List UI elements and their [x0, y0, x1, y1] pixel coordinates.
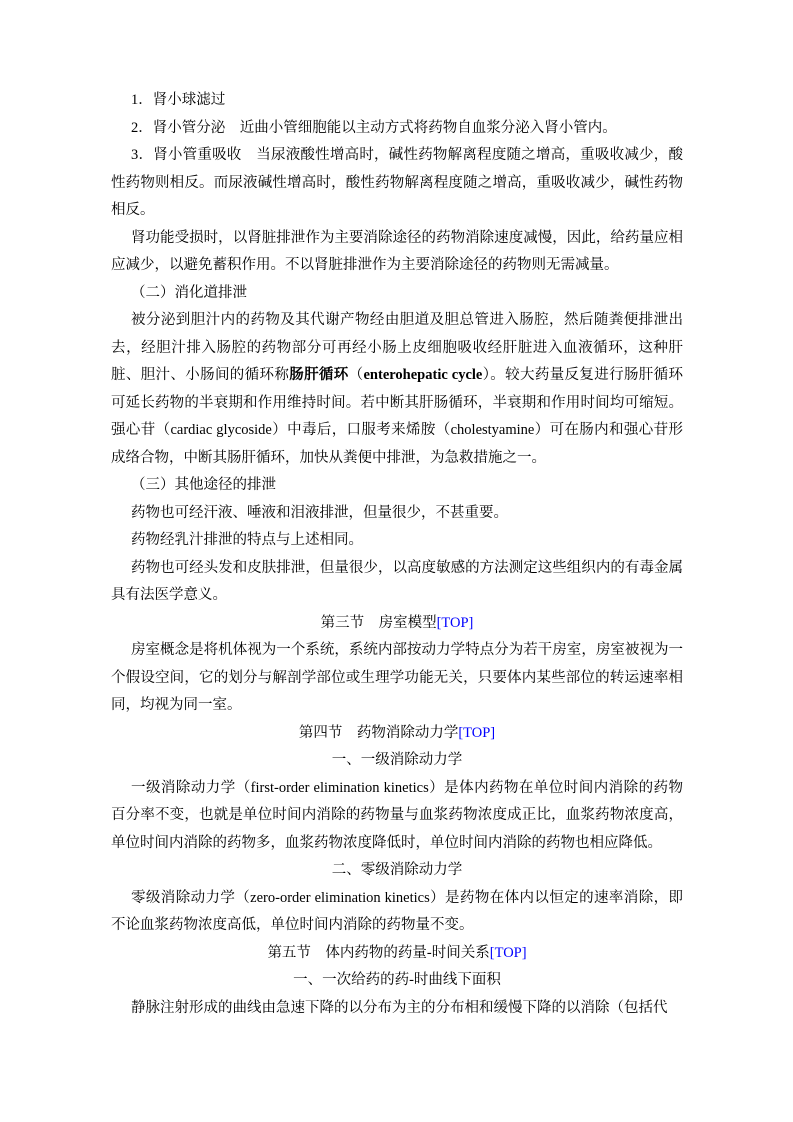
sub-heading: 一、一次给药的药-时曲线下面积: [111, 967, 683, 995]
paragraph: 药物也可经汗液、唾液和泪液排泄，但量很少，不甚重要。: [111, 500, 683, 528]
text-run: 药物经乳汁排泄的特点与上述相同。: [131, 532, 363, 548]
text-run: 2．肾小管分泌 近曲小管细胞能以主动方式将药物自血浆分泌入肾小管内。: [131, 120, 617, 136]
paragraph: 房室概念是将机体视为一个系统，系统内部按动力学特点分为若干房室，房室被视为一个假…: [111, 637, 683, 720]
text-run: （二）消化道排泄: [131, 285, 247, 301]
paragraph: （三）其他途径的排泄: [111, 472, 683, 500]
paragraph: 零级消除动力学（zero-order elimination kinetics）…: [111, 885, 683, 940]
section-heading-title: 第四节 药物消除动力学: [299, 725, 459, 741]
paragraph: 药物经乳汁排泄的特点与上述相同。: [111, 527, 683, 555]
text-run: 一、一次给药的药-时曲线下面积: [293, 972, 501, 988]
section-heading: 第三节 房室模型[TOP]: [111, 610, 683, 638]
paragraph: 一级消除动力学（first-order elimination kinetics…: [111, 775, 683, 858]
text-run: 一级消除动力学（first-order elimination kinetics…: [111, 780, 683, 851]
text-run: 3．肾小管重吸收 当尿液酸性增高时，碱性药物解离程度随之增高，重吸收减少，酸性药…: [111, 147, 683, 218]
section-heading-title: 第三节 房室模型: [321, 615, 437, 631]
text-run: （: [349, 367, 364, 383]
paragraph: 肾功能受损时，以肾脏排泄作为主要消除途径的药物消除速度减慢，因此，给药量应相应减…: [111, 225, 683, 280]
document-content: 1．肾小球滤过2．肾小管分泌 近曲小管细胞能以主动方式将药物自血浆分泌入肾小管内…: [111, 87, 683, 1022]
paragraph: 被分泌到胆汁内的药物及其代谢产物经由胆道及胆总管进入肠腔，然后随粪便排泄出去，经…: [111, 307, 683, 472]
text-run: 肾功能受损时，以肾脏排泄作为主要消除途径的药物消除速度减慢，因此，给药量应相应减…: [111, 230, 683, 274]
section-heading: 第四节 药物消除动力学[TOP]: [111, 720, 683, 748]
text-run: 房室概念是将机体视为一个系统，系统内部按动力学特点分为若干房室，房室被视为一个假…: [111, 642, 683, 713]
section-heading-title: 第五节 体内药物的药量-时间关系: [267, 945, 489, 961]
numbered-item: 2．肾小管分泌 近曲小管细胞能以主动方式将药物自血浆分泌入肾小管内。: [111, 115, 683, 143]
text-run: 药物也可经汗液、唾液和泪液排泄，但量很少，不甚重要。: [131, 505, 508, 521]
section-heading: 第五节 体内药物的药量-时间关系[TOP]: [111, 940, 683, 968]
top-link[interactable]: [TOP]: [490, 945, 527, 961]
paragraph: 静脉注射形成的曲线由急速下降的以分布为主的分布相和缓慢下降的以消除（包括代: [111, 995, 683, 1023]
text-run: 药物也可经头发和皮肤排泄，但量很少，以高度敏感的方法测定这些组织内的有毒金属具有…: [111, 560, 683, 604]
text-run: （三）其他途径的排泄: [131, 477, 276, 493]
text-run: 一、一级消除动力学: [332, 752, 463, 768]
bold-term: enterohepatic cycle: [363, 367, 482, 383]
paragraph: （二）消化道排泄: [111, 280, 683, 308]
numbered-item: 1．肾小球滤过: [111, 87, 683, 115]
text-run: 1．肾小球滤过: [131, 92, 225, 108]
text-run: 静脉注射形成的曲线由急速下降的以分布为主的分布相和缓慢下降的以消除（包括代: [131, 1000, 668, 1016]
top-link[interactable]: [TOP]: [458, 725, 495, 741]
bold-term: 肠肝循环: [289, 367, 348, 383]
top-link[interactable]: [TOP]: [437, 615, 474, 631]
sub-heading: 一、一级消除动力学: [111, 747, 683, 775]
paragraph: 药物也可经头发和皮肤排泄，但量很少，以高度敏感的方法测定这些组织内的有毒金属具有…: [111, 555, 683, 610]
document-page: 1．肾小球滤过2．肾小管分泌 近曲小管细胞能以主动方式将药物自血浆分泌入肾小管内…: [0, 0, 793, 1122]
sub-heading: 二、零级消除动力学: [111, 857, 683, 885]
text-run: 零级消除动力学（zero-order elimination kinetics）…: [111, 890, 683, 934]
text-run: 二、零级消除动力学: [332, 862, 463, 878]
numbered-item: 3．肾小管重吸收 当尿液酸性增高时，碱性药物解离程度随之增高，重吸收减少，酸性药…: [111, 142, 683, 225]
